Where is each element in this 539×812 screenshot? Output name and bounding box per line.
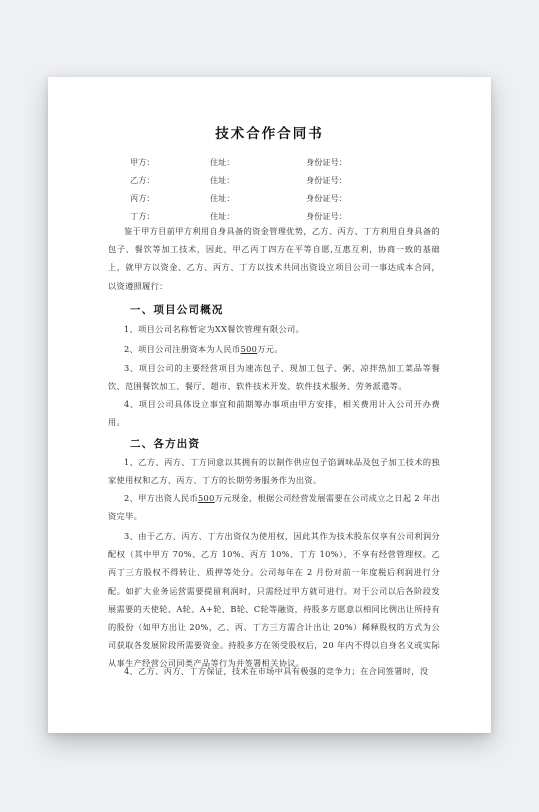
- section1-item-1: 1、项目公司名称暂定为XX餐饮管理有限公司。: [108, 320, 440, 338]
- party-address-label: 住址：: [210, 193, 235, 204]
- party-id-label: 身份证号：: [306, 211, 347, 222]
- section2-item-4: 4、乙方、丙方、丁方保证，技术在市场中具有极强的竞争力；在合同签署时，没: [108, 662, 440, 680]
- section-heading-1: 一、项目公司概况: [130, 302, 224, 317]
- section1-item-4: 4、项目公司具体设立事宜和前期筹办事项由甲方安排，相关费用计入公司开办费用。: [108, 395, 440, 431]
- party-row-bing: 丙方： 住址： 身份证号：: [130, 193, 460, 207]
- intro-paragraph: 鉴于甲方目前甲方利用自身具备的资金管理优势，乙方、丙方、丁方利用自身具备的包子、…: [108, 222, 440, 295]
- party-address-label: 住址：: [210, 175, 235, 186]
- party-row-yi: 乙方： 住址： 身份证号：: [130, 175, 460, 189]
- party-name: 乙方：: [130, 175, 155, 186]
- section2-item-1: 1、乙方、丙方、丁方同意以其拥有的以制作供应包子馅调味品及包子加工技术的独家使用…: [108, 453, 440, 489]
- party-address-label: 住址：: [210, 157, 235, 168]
- capital-amount: 500: [241, 344, 258, 354]
- party-id-label: 身份证号：: [306, 157, 347, 168]
- section2-item-3: 3、由于乙方、丙方、丁方出资仅为使用权，因此其作为技术股东仅享有公司利润分配权（…: [108, 527, 440, 673]
- section2-item-2: 2、甲方出资人民币500万元现金，根据公司经营发展需要在公司成立之日起 2 年出…: [108, 489, 440, 525]
- party-name: 甲方：: [130, 157, 155, 168]
- section1-item-2: 2、项目公司注册资本为人民币500万元。: [108, 340, 440, 358]
- party-address-label: 住址：: [210, 211, 235, 222]
- item-text: 万元。: [257, 344, 283, 354]
- party-name: 丙方：: [130, 193, 155, 204]
- party-id-label: 身份证号：: [306, 175, 347, 186]
- investment-amount: 500: [198, 493, 215, 503]
- contract-page: 技术合作合同书 甲方： 住址： 身份证号： 乙方： 住址： 身份证号： 丙方： …: [48, 77, 491, 733]
- document-title: 技术合作合同书: [48, 122, 491, 142]
- section-heading-2: 二、各方出资: [130, 436, 200, 451]
- item-text: 2、甲方出资人民币: [124, 493, 198, 503]
- item-text: 2、项目公司注册资本为人民币: [124, 344, 241, 354]
- party-row-jia: 甲方： 住址： 身份证号：: [130, 157, 460, 171]
- section1-item-3: 3、项目公司的主要经营项目为速冻包子、现加工包子、粥、凉拌热加工菜品等餐饮、范围…: [108, 359, 440, 395]
- party-id-label: 身份证号：: [306, 193, 347, 204]
- party-name: 丁方：: [130, 211, 155, 222]
